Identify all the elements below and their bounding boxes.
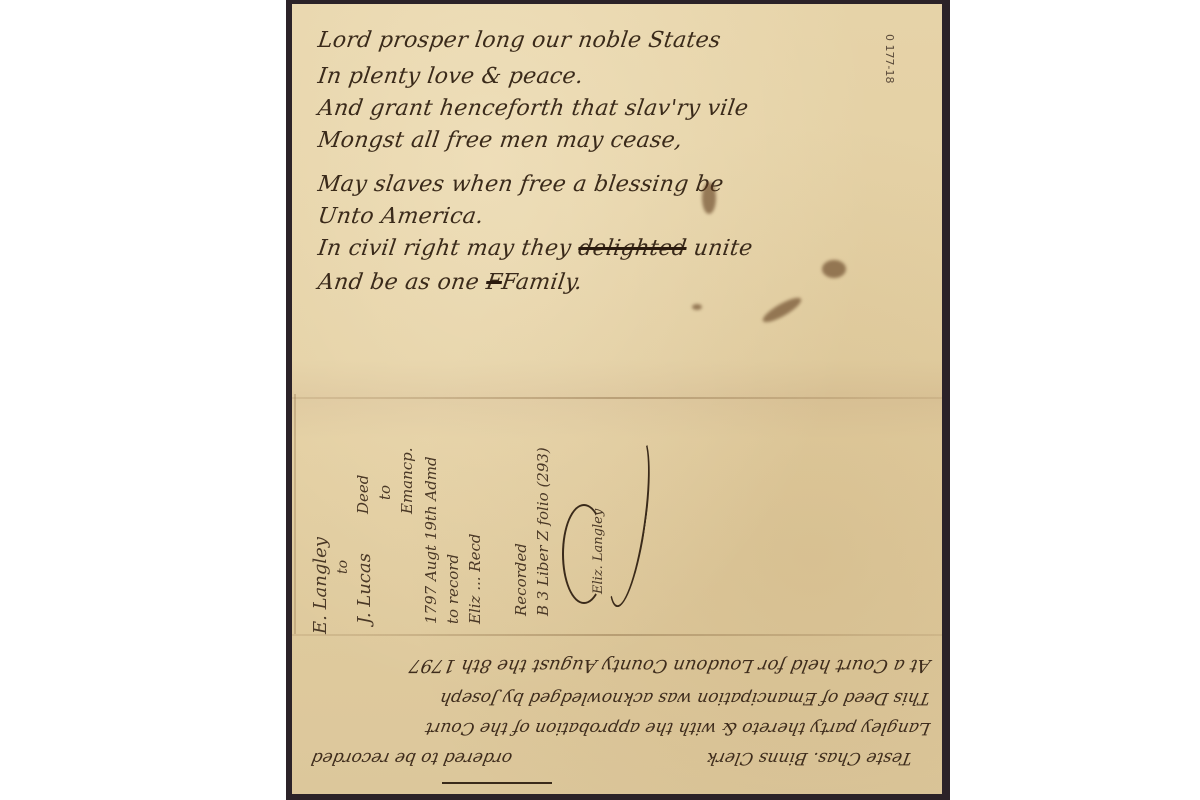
poem-line-6: Unto America.: [316, 204, 485, 229]
docket-col-2: 1797 Augt 19th Admd to record Eliz ... R…: [420, 456, 486, 624]
docket-col-3: Recorded B 3 Liber Z folio (293): [510, 447, 554, 616]
court-certificate: At a Court held for Loudoun County Augus…: [292, 640, 942, 794]
poem-line-7-end: unite: [692, 236, 754, 261]
certificate-line-2: This Deed of Emancipation was acknowledg…: [438, 688, 931, 708]
catalog-number: 0 177-18: [883, 34, 896, 83]
docket-col-1: E. Langley to J. Lucas: [310, 537, 376, 634]
poem-line-7: In civil right may they delighted unite: [316, 236, 754, 261]
docket-deed: Deed: [352, 447, 374, 514]
fold-line-horizontal: [292, 397, 942, 399]
docket-col-1-note: Deed to Emancp.: [352, 447, 418, 514]
poem-line-1: Lord prosper long our noble States: [316, 28, 722, 53]
ink-stain: [760, 294, 804, 326]
poem-line-8: And be as one FFamily.: [316, 270, 584, 295]
certificate-line-3: Langley party thereto & with the approba…: [424, 718, 932, 738]
poem-line-5: May slaves when free a blessing be: [316, 172, 725, 197]
poem-line-4: Mongst all free men may cease,: [316, 128, 684, 153]
docket-grantee: J. Lucas: [354, 537, 376, 634]
signature-underline: [442, 782, 552, 784]
fold-line-lower: [292, 634, 942, 636]
docket-recorded: Recorded: [510, 447, 532, 616]
certificate-signature: Teste Chas. Binns Clerk: [705, 748, 914, 768]
docket-emancp: Emancp.: [396, 447, 418, 514]
docket-to: to: [332, 537, 354, 634]
docket-to-record: to record: [442, 456, 464, 624]
struck-word: delighted: [577, 236, 689, 261]
signature-flourish: [562, 504, 606, 604]
poem-line-2: In plenty love & peace.: [316, 64, 585, 89]
poem-line-7-text: In civil right may they: [316, 236, 573, 261]
fold-line-left: [294, 394, 296, 634]
ink-stain: [692, 304, 702, 310]
poem-line-8-end: Family.: [500, 270, 584, 295]
certificate-line-4: ordered to be recorded: [310, 748, 514, 768]
ink-stain: [702, 182, 716, 214]
docket-grantor: E. Langley: [310, 537, 332, 634]
manuscript-page: 0 177-18 Lord prosper long our noble Sta…: [292, 4, 942, 794]
poem-line-3: And grant henceforth that slav'ry vile: [316, 96, 750, 121]
docket-date: 1797 Augt 19th Admd: [420, 456, 442, 624]
certificate-line-1: At a Court held for Loudoun County Augus…: [408, 655, 932, 676]
docket-liber: B 3 Liber Z folio (293): [532, 447, 554, 616]
docket-recd: Eliz ... Recd: [464, 456, 486, 624]
ink-stain: [822, 260, 846, 278]
docket-to-2: to: [374, 447, 396, 514]
poem-line-8-text: And be as one: [316, 270, 480, 295]
